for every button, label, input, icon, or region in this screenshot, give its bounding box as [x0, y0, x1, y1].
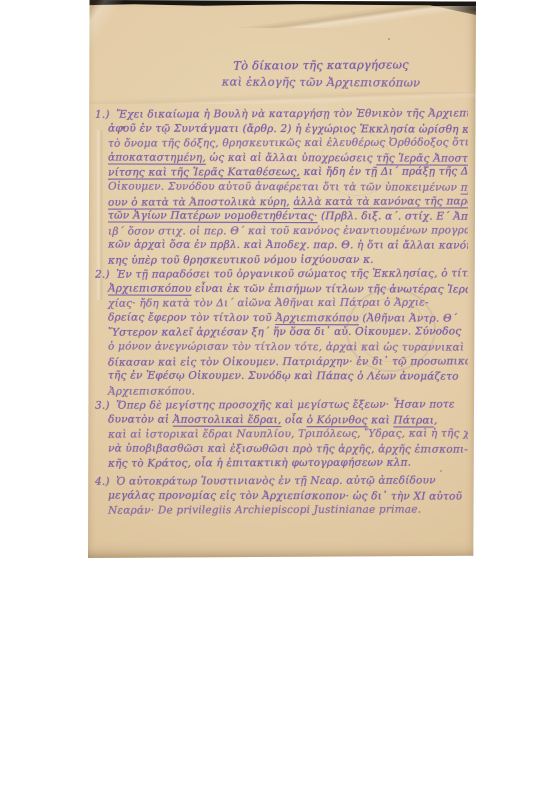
item-number: 2.) [95, 269, 116, 281]
text-segment: καὶ ἤδη ἐν τῇ Δι΄ πράξῃ τῆς Δ. [300, 166, 468, 179]
text-segment: Νεαράν· De privilegiis Archiepiscopi Jus… [108, 504, 421, 517]
handwritten-line: Νεαράν· De privilegiis Archiepiscopi Jus… [95, 503, 468, 519]
text-segment: τῆς ἐν Ἐφέσῳ Οἰκουμεν. Συνόδῳ καὶ Πάπας … [108, 370, 459, 383]
handwritten-line: δίκασαν καὶ εἰς τὸν Οἰκουμεν. Πατριάρχην… [95, 354, 468, 370]
handwritten-line: 2.) Ἐν τῇ παραδόσει τοῦ ὀργανικοῦ σώματο… [95, 266, 468, 282]
text-segment: καὶ [368, 414, 394, 426]
text-segment: , [434, 414, 438, 426]
text-segment: δίκασαν καὶ εἰς τὸν Οἰκουμεν. Πατριάρχην… [108, 355, 468, 368]
text-segment: δυνατὸν αἱ [108, 413, 173, 425]
handwritten-line: Ἀρχιεπισκόπου εἶναι ἐκ τῶν ἐπισήμων τίτλ… [95, 281, 468, 297]
handwritten-line: νίτσης καὶ τῆς Ἱερᾶς Καταθέσεως, καὶ ἤδη… [95, 165, 468, 181]
handwritten-line: κῆς τὸ Κράτος, οἷα ἡ ἐπιτακτικὴ φωτογραφ… [95, 456, 468, 472]
text-segment: χίας· ἤδη κατὰ τὸν Δι΄ αἰῶνα Ἀθῆναι καὶ … [108, 297, 429, 310]
handwritten-line: 1.) Ἔχει δικαίωμα ἡ Βουλὴ νὰ καταργήσῃ τ… [95, 106, 468, 122]
paragraph-3: 3.) Ὅπερ δὲ μεγίστης προσοχῆς καὶ μεγίστ… [95, 398, 468, 471]
text-segment: (Πρβλ. διξ. α΄. στίχ. Ε΄ Ἀπαντ. [317, 210, 468, 223]
text-segment: Οἰκουμεν. Συνόδου αὐτοῦ ἀναφέρεται ὅτι τ… [108, 180, 461, 193]
text-segment: Ὅπερ δὲ μεγίστης προσοχῆς καὶ μεγίστως ἔ… [116, 398, 454, 411]
paragraph-4: 4.) Ὁ αὐτοκράτωρ Ἰουστινιανὸς ἐν τῇ Νεαρ… [95, 474, 468, 518]
handwritten-line: Ὕστερον καλεῖ ἀρχιέσαν ξη΄ ἥν ὅσα δι᾽ αὐ… [95, 325, 468, 341]
handwritten-line: καὶ αἱ ἱστορικαὶ ἕδραι Ναυπλίου, Τριπόλε… [95, 427, 468, 443]
underlined-text: Ἀρχιεπισκόπου [108, 282, 192, 294]
text-segment: τὸ ὄνομα τῆς δόξης, θρησκευτικῶς καὶ ἐλε… [108, 136, 468, 149]
handwritten-line: μεγάλας προνομίας εἰς τὸν Ἀρχιεπίσκοπον·… [95, 488, 468, 504]
manuscript-page: Τὸ δίκαιον τῆς καταργήσεως καὶ ἐκλογῆς τ… [88, 0, 476, 558]
text-segment: κῆς τὸ Κράτος, οἷα ἡ ἐπιτακτικὴ φωτογραφ… [108, 457, 411, 470]
text-segment: Ἀρχιεπισκόπου. [108, 385, 195, 397]
underlined-text: Πάτραι [393, 414, 434, 426]
handwritten-line: δυνατὸν αἱ Ἀποστολικαὶ ἕδραι, οἷα ὁ Κόρι… [95, 412, 468, 428]
handwritten-line: ἀφοῦ ἐν τῷ Συντάγματι (ἄρθρ. 2) ἡ ἐγχώρι… [95, 121, 468, 137]
underlined-text: Ἀρχιεπισκόπου [275, 312, 359, 324]
handwritten-line: τῶν Ἁγίων Πατέρων νομοθετηθέντας· (Πρβλ.… [95, 209, 468, 225]
item-number: 4.) [95, 476, 116, 488]
text-segment: καὶ αἱ ἱστορικαὶ ἕδραι Ναυπλίου, Τριπόλε… [108, 427, 468, 440]
handwritten-line: τῆς ἐν Ἐφέσῳ Οἰκουμεν. Συνόδῳ καὶ Πάπας … [95, 369, 468, 385]
text-segment: Ὕστερον καλεῖ ἀρχιέσαν ξη΄ ἥν ὅσα δι᾽ αὐ… [108, 326, 461, 339]
underlined-text: τῶν Ἁγίων Πατέρων νομοθετηθέντας· [108, 210, 318, 223]
underlined-text: ουν ὁ κατὰ τὰ Ἀποστολικὰ κύρη, [108, 196, 290, 209]
handwritten-line: κῶν ἀρχαὶ ὅσα ἐν πρβλ. καὶ Ἀποδεχ. παρ. … [95, 238, 468, 254]
handwritten-line: Οἰκουμεν. Συνόδου αὐτοῦ ἀναφέρεται ὅτι τ… [95, 179, 468, 195]
paragraphs: 1.) Ἔχει δικαίωμα ἡ Βουλὴ νὰ καταργήσῃ τ… [95, 0, 468, 558]
underlined-text: ἀλλὰ κατὰ τὰ κανόνας τῆς παρὰ [293, 195, 468, 208]
handwritten-line: 4.) Ὁ αὐτοκράτωρ Ἰουστινιανὸς ἐν τῇ Νεαρ… [95, 473, 468, 489]
item-number: 3.) [95, 400, 116, 412]
text-segment: Ἔχει δικαίωμα ἡ Βουλὴ νὰ καταργήσῃ τὸν Ἐ… [116, 107, 468, 120]
handwritten-line: χίας· ἤδη κατὰ τὸν Δι΄ αἰῶνα Ἀθῆναι καὶ … [95, 296, 468, 312]
text-segment: ὡς καὶ αἱ ἄλλαι ὑποχρεώσεις [206, 152, 376, 165]
handwritten-line: 3.) Ὅπερ δὲ μεγίστης προσοχῆς καὶ μεγίστ… [95, 397, 468, 413]
underlined-text: Ἀποστολικαὶ ἕδραι, [173, 413, 282, 425]
handwritten-line: ουν ὁ κατὰ τὰ Ἀποστολικὰ κύρη, ἀλλὰ κατὰ… [95, 194, 468, 210]
text-segment: νὰ ὑποβιβασθῶσι καὶ ἐξισωθῶσι πρὸ τῆς ἀρ… [108, 442, 468, 455]
text-segment: δρείας ἔφερον τὸν τίτλον τοῦ [108, 311, 275, 324]
item-number: 1.) [95, 109, 116, 121]
text-segment: κης ὑπὲρ τοῦ θρησκευτικοῦ νόμου ἰσχύουσα… [108, 254, 374, 267]
text-segment: ὁ μόνον ἀνεγνώρισαν τὸν τίτλον τότε, ἀρχ… [108, 340, 468, 353]
underlined-text: ἀποκαταστημένη, [108, 151, 206, 163]
paragraph-1: 1.) Ἔχει δικαίωμα ἡ Βουλὴ νὰ καταργήσῃ τ… [95, 107, 468, 268]
underlined-text: νίτσης καὶ τῆς Ἱερᾶς Καταθέσεως, [108, 166, 300, 179]
paragraph-2: 2.) Ἐν τῇ παραδόσει τοῦ ὀργανικοῦ σώματο… [95, 267, 468, 398]
handwritten-line: τὸ ὄνομα τῆς δόξης, θρησκευτικῶς καὶ ἐλε… [95, 136, 468, 152]
text-segment: οἷα [281, 414, 306, 426]
text-segment: μεγάλας προνομίας εἰς τὸν Ἀρχιεπίσκοπον·… [108, 489, 462, 502]
text-segment: εἶναι ἐκ τῶν ἐπισήμων τίτλων τῆς ἀνωτέρα… [191, 282, 468, 295]
text-segment: (Ἀθῆναι Ἀντρ. Θ΄ [359, 312, 457, 324]
text-segment: Ὁ αὐτοκράτωρ Ἰουστινιανὸς ἐν τῇ Νεαρ. αὐ… [116, 474, 435, 487]
text-segment: κῶν ἀρχαὶ ὅσα ἐν πρβλ. καὶ Ἀποδεχ. παρ. … [108, 239, 468, 252]
text-segment: Ἐν τῇ παραδόσει τοῦ ὀργανικοῦ σώματος τῆ… [116, 267, 468, 280]
underlined-text: ὁ Κόρινθος [307, 414, 368, 426]
text-segment: ἀφοῦ ἐν τῷ Συντάγματι (ἄρθρ. 2) ἡ ἐγχώρι… [108, 122, 468, 135]
text-segment: ιβ΄ ὅσον στιχ. οἱ περ. Θ΄ καὶ τοῦ κανόνο… [108, 224, 468, 237]
underlined-text: τῆς Ἱερᾶς Ἀποστολικῆς Μο- [376, 152, 468, 164]
underlined-text: προεβαίνε- [461, 182, 468, 194]
handwritten-line: ὁ μόνον ἀνεγνώρισαν τὸν τίτλον τότε, ἀρχ… [95, 339, 468, 355]
